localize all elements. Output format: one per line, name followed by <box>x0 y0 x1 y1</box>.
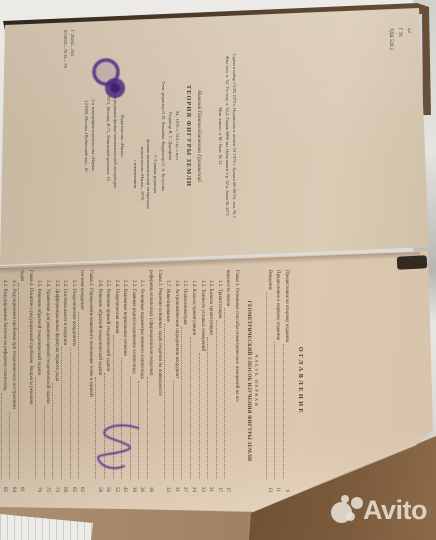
toc-page-number: 85 <box>0 481 8 492</box>
toc-page-number: 73 <box>51 481 60 492</box>
toc-entry-title: 1.4. Классы триангуляции <box>188 280 197 335</box>
toc-row: системе координат62 <box>77 270 86 492</box>
toc-entry-title: 2.6. Решение обратной геодезической зада… <box>94 280 103 375</box>
toc-page-number: 36 <box>146 481 155 492</box>
toc-row: 1.5. Полигонометрия27 <box>180 270 189 492</box>
toc-section-heading: ГЕОМЕТРИЧЕСКИЙ СПОСОБ ИЗУЧЕНИЯ ФИГУРЫ ЗЕ… <box>243 270 252 492</box>
press-run-info: Сдано в набор 15/IX 1975 г. Подписано к … <box>217 24 238 248</box>
toc-entry-title: 2.1. Основные параметры земного эллипсои… <box>137 280 146 379</box>
toc-entry-title: 1.1. Триангуляция <box>214 280 223 318</box>
toc-entry-title: Глава 2. Решение основных задач геодезии… <box>154 270 163 396</box>
toc-row: 4.1. Редукционная проблема при геодезиче… <box>8 270 17 492</box>
toc-row: 4.2. Редуцирование базисов на референц-э… <box>0 270 8 492</box>
toc-row: 1.3. Точность угловых измерений23 <box>197 270 206 492</box>
toc-dot-leader <box>207 337 208 479</box>
toc-entry-title: 2.4. Геодезическая линия <box>111 280 120 333</box>
toc-entry-title: 1.6. Астрономические определения координ… <box>171 280 180 378</box>
toc-row: 1.1. Триангуляция17 <box>214 270 223 492</box>
toc-page-number: 13 <box>264 481 273 492</box>
toc-entry-title: Глава 1. Основные способы геометрических… <box>231 270 240 403</box>
toc-page-number: 33 <box>163 481 172 492</box>
toc-entry-title: 3.4. Уравнения для решения прямой геодез… <box>42 280 51 404</box>
toc-entry-title: Глава 3. Определение взаимного положения… <box>85 270 94 397</box>
toc-row: Предисловие ко второму изданию9 <box>281 270 290 492</box>
toc-entry-title: Предисловие ко второму изданию <box>281 270 290 342</box>
toc-entry-title: Глава 4. Понятие о редукционной проблеме… <box>25 270 34 405</box>
toc-dot-leader <box>274 342 275 479</box>
toc-entry-title: референц-эллипсоида (сфероидическая геод… <box>146 270 155 375</box>
toc-row: 3.1. Геодезические координаты65 <box>68 270 77 492</box>
toc-page-number: 9 <box>281 481 290 492</box>
toc-entry-title: 3.5. Решение обратной геодезической зада… <box>34 280 43 375</box>
toc-entry-title: 2.3. Взаимные нормальные сечения <box>120 280 129 356</box>
toc-page-number: 52 <box>111 481 120 492</box>
catalog-formula: Г 20202—041053(02)—76 41—76 <box>62 30 76 68</box>
toc-entry-title: системе координат <box>77 270 86 310</box>
toc-dot-leader <box>44 406 45 479</box>
toc-row: референц-эллипсоида (сфероидическая геод… <box>146 270 155 492</box>
toc-dot-leader <box>173 380 174 479</box>
toc-page-number: 81 <box>17 481 26 492</box>
text-line: физико-математической литературы <box>145 96 152 252</box>
toc-page-number: 65 <box>68 481 77 492</box>
ink-stamp-icon <box>88 52 134 104</box>
toc-dot-leader <box>190 337 191 479</box>
toc-row: Глава 1. Основные способы геометрических… <box>231 270 240 492</box>
toc-page-number: 27 <box>180 481 189 492</box>
avito-watermark-text: Avito <box>363 492 427 528</box>
toc-page-number: 36 <box>137 481 146 492</box>
spine-gap <box>397 255 428 270</box>
toc-dot-leader <box>18 283 19 479</box>
toc-entry-title: 2.2. Главные радиусы кривизны эллипсоида <box>128 280 137 374</box>
toc-row: 3.2. Системы высот в геодезии69 <box>60 270 69 492</box>
avito-watermark: Avito <box>329 492 427 528</box>
toc-page-number: 17 <box>223 481 232 492</box>
book-photo: 22Г 91УДК 528.2 Сдано в набор 15/IX 1975… <box>0 0 436 540</box>
toc-dot-leader <box>78 312 79 479</box>
pen-mark-icon <box>86 420 146 474</box>
text-line: Мин. книги / в М / Вып. № 12 <box>217 24 224 248</box>
text-line: Физ. печ. л. 32. Уч.-изд. л. 33,4. Тираж… <box>224 24 231 248</box>
toc-entry-title: 3.2. Системы высот в геодезии <box>60 280 69 345</box>
toc-entry-title: 4.1. Редукционная проблема при геодезиче… <box>8 280 17 410</box>
avito-logo-icon <box>329 492 367 528</box>
toc-page-number: 84 <box>8 481 17 492</box>
toc-row: Глава 2. Решение основных задач геодезии… <box>154 270 163 492</box>
toc-entry-title: 1.5. Полигонометрия <box>180 280 189 325</box>
toc-page-number: 58 <box>94 481 103 492</box>
toc-row: 3.3. Дифференциальные формулы первого ро… <box>51 270 60 492</box>
toc-page-number: 31 <box>171 481 180 492</box>
toc-entry-title: 4.2. Редуцирование базисов на референц-э… <box>0 280 8 391</box>
toc-entry-title: 1.3. Точность угловых измерений <box>197 280 206 351</box>
toc-row: 1.4. Классы триангуляции24 <box>188 270 197 492</box>
table-of-contents: ОГЛАВЛЕНИЕ Предисловие ко второму издани… <box>0 270 430 492</box>
toc-dot-leader <box>147 377 148 479</box>
toc-row: 1.6. Астрономические определения координ… <box>171 270 180 492</box>
text-line: Г 20202—041 <box>69 30 76 68</box>
text-line: УДК 528.2 <box>386 28 395 50</box>
toc-entry-title: 3.1. Геодезические координаты <box>68 280 77 346</box>
toc-page-number: 79 <box>34 481 43 492</box>
toc-row: 1.2. Базисы триангуляции21 <box>206 270 215 492</box>
toc-entry-title: верхности Земли <box>223 270 232 306</box>
toc-page-number: 45 <box>120 481 129 492</box>
toc-dot-leader <box>266 292 267 479</box>
toc-row: верхности Земли17 <box>223 270 232 492</box>
toc-dot-leader <box>216 320 217 479</box>
toc-row: 3.5. Решение обратной геодезической зада… <box>34 270 43 492</box>
toc-entry-title: 1.7. Нивелирование <box>163 280 172 322</box>
text-line: с изменениями <box>132 96 139 252</box>
text-line: Редактор В. С. Дорофеев <box>167 24 174 248</box>
toc-page-number: 21 <box>206 481 215 492</box>
toc-row: задач81 <box>17 270 26 492</box>
text-line: © Главная редакция <box>152 96 159 252</box>
toc-dot-leader <box>164 324 165 479</box>
text-line: 22 <box>404 28 413 50</box>
toc-page-number: 17 <box>214 481 223 492</box>
toc-page-number: 24 <box>188 481 197 492</box>
text-line: Техн. редактор Л. В. Лихачёва. Корректор… <box>160 24 167 248</box>
toc-page-number: 39 <box>128 481 137 492</box>
toc-dot-leader <box>52 383 53 479</box>
book-title: ТЕОРИЯ ФИГУРЫ ЗЕМЛИ <box>183 24 192 248</box>
contents-heading: ОГЛАВЛЕНИЕ <box>297 270 304 492</box>
toc-dot-leader <box>1 393 2 479</box>
library-codes: 22Г 91УДК 528.2 <box>386 28 413 50</box>
toc-dot-leader <box>70 348 71 479</box>
toc-entry-title: Предисловие к первому изданию <box>273 270 282 340</box>
toc-dot-leader <box>10 412 11 479</box>
toc-row: 1.7. Нивелирование33 <box>163 270 172 492</box>
editorial-staff: Редактор В. С. ДорофеевТехн. редактор Л.… <box>160 24 173 248</box>
toc-entry-title: Введение <box>264 270 273 290</box>
toc-dot-leader <box>181 327 182 479</box>
toc-page-number: 62 <box>77 481 86 492</box>
toc-page-number: 56 <box>103 481 112 492</box>
text-line: Г 91 <box>395 28 404 50</box>
toc-row: Глава 4. Понятие о редукционной проблеме… <box>25 270 34 492</box>
left-page-content: 22Г 91УДК 528.2 Сдано в набор 15/IX 1975… <box>6 10 426 262</box>
toc-dot-leader <box>224 308 225 479</box>
text-line: 053(02)—76 41—76 <box>62 30 69 68</box>
text-line: Сдано в набор 15/IX 1975 г. Подписано к … <box>231 24 238 248</box>
toc-row: 3.4. Уравнения для решения прямой геодез… <box>42 270 51 492</box>
author-name: Николай Пантелеймонович Грушинский <box>195 24 202 248</box>
toc-section-heading: ЧАСТЬ ПЕРВАЯ <box>252 270 261 492</box>
toc-entry-title: 2.5. Решение прямой геодезической задачи <box>103 280 112 371</box>
toc-page-number: 75 <box>42 481 51 492</box>
toc-row: Предисловие к первому изданию11 <box>273 270 282 492</box>
toc-dot-leader <box>199 353 200 479</box>
toc-dot-leader <box>283 344 284 479</box>
print-note: М., 1976 г., 512 стр. с илл. <box>174 24 180 248</box>
toc-page-number: 69 <box>60 481 69 492</box>
text-line: издательства «Наука», 1976, <box>139 96 146 252</box>
toc-dot-leader <box>35 377 36 479</box>
toc-page-number: 11 <box>273 481 282 492</box>
toc-entry-title: 3.3. Дифференциальные формулы первого ро… <box>51 280 60 381</box>
toc-row: Введение13 <box>264 270 273 492</box>
toc-entry-title: 1.2. Базисы триангуляции <box>206 280 215 335</box>
toc-page-number: 23 <box>197 481 206 492</box>
copyright-note: © Главная редакцияфизико-математической … <box>132 96 158 252</box>
toc-dot-leader <box>61 347 62 479</box>
